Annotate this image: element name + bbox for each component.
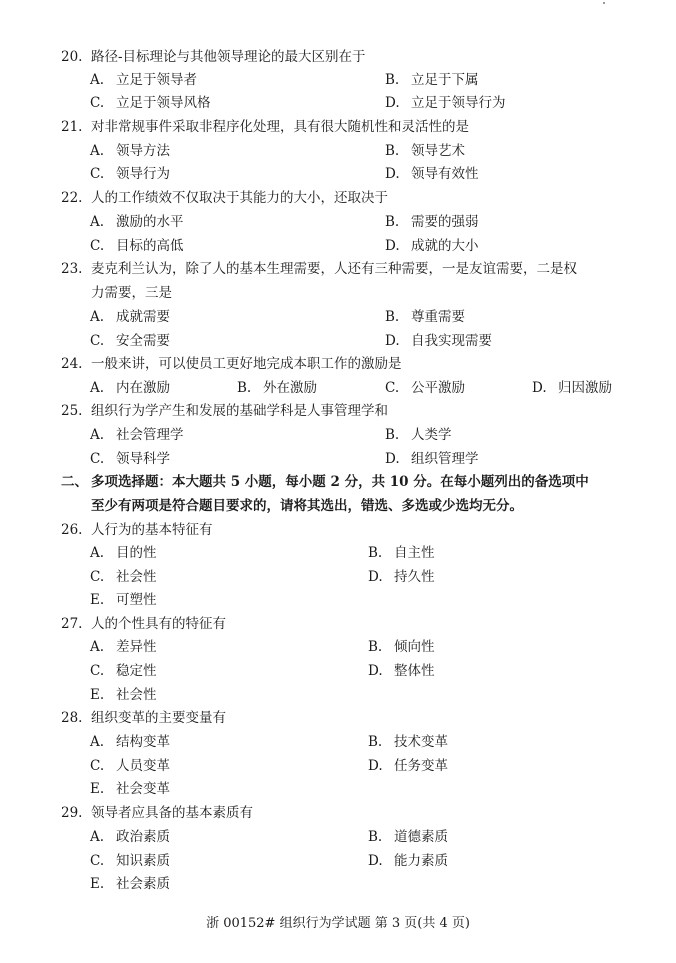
question-text: 领导者应具备的基本素质有 [91,803,253,823]
question-text: 人行为的基本特征有 [91,520,213,540]
option-e: E.社会素质 [90,874,170,894]
question-text-continued: 力需要，三是 [91,283,172,303]
option-a: A.政治素质 [90,827,170,847]
scan-speck [603,2,605,4]
option-c: C.知识素质 [90,851,170,871]
section-number: 二、 [61,472,88,492]
option-a: A.社会管理学 [90,425,184,445]
option-b: B.需要的强弱 [385,212,479,232]
question-text: 组织变革的主要变量有 [91,708,226,728]
option-b: B.领导艺术 [385,141,465,161]
section-instructions-line2: 至少有两项是符合题目要求的，请将其选出，错选、多选或少选均无分。 [91,496,523,516]
option-d: D.能力素质 [368,851,448,871]
option-d: D.成就的大小 [385,236,479,256]
option-e: E.可塑性 [90,590,157,610]
question-number: 28. [61,708,82,728]
option-d: D.持久性 [368,567,435,587]
question-number: 26. [61,520,82,540]
option-b: B.外在激励 [237,378,317,398]
question-number: 22. [61,188,82,208]
option-c: C.公平激励 [385,378,465,398]
option-b: B.技术变革 [368,732,448,752]
option-a: A.领导方法 [90,141,170,161]
question-text: 路径-目标理论与其他领导理论的最大区别在于 [91,47,366,67]
option-d: D.归因激励 [532,378,612,398]
option-b: B.人类学 [385,425,452,445]
option-b: B.立足于下属 [385,70,479,90]
option-a: A.目的性 [90,543,157,563]
option-d: D.整体性 [368,661,435,681]
question-text: 对非常规事件采取非程序化处理，具有很大随机性和灵活性的是 [91,117,469,137]
question-text: 人的工作绩效不仅取决于其能力的大小，还取决于 [91,188,388,208]
question-text: 组织行为学产生和发展的基础学科是人事管理学和 [91,401,388,421]
option-d: D.任务变革 [368,756,448,776]
option-c: C.领导科学 [90,449,170,469]
option-b: B.尊重需要 [385,307,465,327]
option-e: E.社会变革 [90,779,170,799]
option-a: A.差异性 [90,637,157,657]
option-b: B.道德素质 [368,827,448,847]
option-c: C.人员变革 [90,756,170,776]
option-d: D.领导有效性 [385,164,479,184]
question-number: 23. [61,259,82,279]
option-c: C.立足于领导风格 [90,93,211,113]
option-c: C.目标的高低 [90,236,184,256]
option-d: D.组织管理学 [385,449,479,469]
option-d: D.自我实现需要 [385,331,492,351]
option-a: A.立足于领导者 [90,70,197,90]
question-number: 21. [61,117,82,137]
question-number: 24. [61,354,82,374]
option-a: A.成就需要 [90,307,170,327]
option-b: B.倾向性 [368,637,435,657]
question-text: 人的个性具有的特征有 [91,614,226,634]
option-e: E.社会性 [90,685,157,705]
option-c: C.社会性 [90,567,157,587]
question-text: 麦克利兰认为，除了人的基本生理需要，人还有三种需要，一是友谊需要，二是权 [91,259,577,279]
option-a: A.激励的水平 [90,212,184,232]
option-b: B.自主性 [368,543,435,563]
option-c: C.稳定性 [90,661,157,681]
option-c: C.领导行为 [90,164,170,184]
question-number: 25. [61,401,82,421]
option-a: A.内在激励 [90,378,170,398]
option-d: D.立足于领导行为 [385,93,506,113]
question-text: 一般来讲，可以使员工更好地完成本职工作的激励是 [91,354,402,374]
question-number: 27. [61,614,82,634]
option-a: A.结构变革 [90,732,170,752]
question-number: 20. [61,47,82,67]
option-c: C.安全需要 [90,331,170,351]
section-instructions-line1: 多项选择题：本大题共 5 小题，每小题 2 分，共 10 分。在每小题列出的备选… [91,472,589,492]
page-footer: 浙 00152# 组织行为学试题 第 3 页(共 4 页) [0,912,676,931]
question-number: 29. [61,803,82,823]
